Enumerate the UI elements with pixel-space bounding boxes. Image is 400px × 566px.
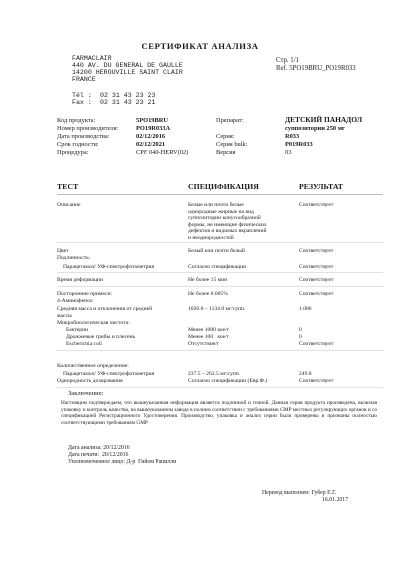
preparation-form: суппозитории 250 мг xyxy=(285,125,345,133)
test-name: Описание xyxy=(57,202,81,209)
document-ref: Ref. 5PO19BRU_PO19R033 xyxy=(276,65,356,73)
test-name: Время деформации xyxy=(57,277,103,284)
fax-number: 02 31 43 23 21 xyxy=(100,99,155,106)
result-value: 0 xyxy=(299,327,302,334)
spec-value: 1026.0 – 1134.0 мг/супп. xyxy=(188,306,246,313)
bulk-series-value: P019R033 xyxy=(285,141,313,149)
series-label: Серия: xyxy=(216,133,235,141)
result-value: Соответствует xyxy=(299,341,333,348)
test-name: Посторонние примеси: xyxy=(57,291,112,298)
test-name: Парацетамол/ УФ-спектрофотометрия xyxy=(63,264,154,271)
version-label: Версия xyxy=(216,149,236,157)
test-name: Цвет xyxy=(57,248,69,255)
authorized-person: Уполномоченное лицо: Д-р Гийом Рапилли xyxy=(68,459,176,466)
spec-value: 237.5 – 262.5 мг/супп. xyxy=(188,371,240,378)
preparation-label: Препарат: xyxy=(216,117,243,125)
row-divider xyxy=(57,387,383,388)
preparation-name: ДЕТСКИЙ ПАНАДОЛ xyxy=(285,116,362,124)
analysis-date: Дата анализа: 20/12/2016 xyxy=(68,445,130,452)
document-title: СЕРТИФИКАТ АНАЛИЗА xyxy=(0,41,400,51)
translator: Перевод выполнен: Губер Е.Г. xyxy=(262,490,336,497)
result-value: 1.086 xyxy=(299,306,312,313)
test-group-label: Подлинность: xyxy=(57,255,90,262)
spec-value: Отсутствие/г xyxy=(188,341,219,348)
row-divider xyxy=(57,350,383,351)
series-value: R033 xyxy=(285,133,299,141)
header-result: РЕЗУЛЬТАТ xyxy=(299,182,343,191)
manufacturer-number-label: Номер производителя: xyxy=(57,125,118,133)
row-divider xyxy=(57,286,383,287)
company-country: FRANCE xyxy=(72,76,96,83)
expiry-date-label: Срок годности: xyxy=(57,141,99,149)
test-name: Средняя масса и отклонения от средней xyxy=(57,306,152,313)
production-date-value: 02/12/2016 xyxy=(136,133,165,141)
test-group-label: Микробиологическая чистота: xyxy=(57,320,130,327)
spec-value: Не более 15 мин xyxy=(188,277,227,284)
print-date: Дата печати: 20/12/2016 xyxy=(68,452,128,459)
spec-value: Менее 1000 кое/г xyxy=(188,327,229,334)
test-group-label: Количественное определение: xyxy=(57,363,129,370)
test-name: Бактерии xyxy=(66,327,88,334)
expiry-date-value: 02/12/2021 xyxy=(136,141,165,149)
spec-value: Белый или почти белый xyxy=(188,248,245,255)
spec-value: Согласно спецификации (Евр.Ф.) xyxy=(188,378,267,385)
test-name: Дрожжевые грибы и плесень xyxy=(66,334,135,341)
result-value: Соответствует xyxy=(299,202,333,209)
spec-value: суппозитории конусообразной xyxy=(188,215,261,222)
test-name: Однородность дозирования xyxy=(57,378,123,385)
spec-value: Согласно спецификации xyxy=(188,264,246,271)
test-name: Escherichia coli xyxy=(66,341,102,348)
fax-label: Fax : xyxy=(72,99,92,106)
spec-value: Не более 0.005% xyxy=(188,291,228,298)
test-name: Парацетамол/ УФ-спектрофотометрия xyxy=(63,371,154,378)
procedure-label: Процедура: xyxy=(57,149,88,157)
conclusion-heading: Заключение: xyxy=(68,390,103,397)
result-value: Соответствует xyxy=(299,248,333,255)
result-value: Соответствует xyxy=(299,291,333,298)
spec-value: дефектов и видимых вкраплений xyxy=(188,228,267,235)
spec-value: Белые или почти белые xyxy=(188,202,244,209)
result-value: 249.8 xyxy=(299,371,312,378)
header-divider xyxy=(57,194,383,195)
production-date-label: Дата производства: xyxy=(57,133,110,141)
result-value: Соответствует xyxy=(299,277,333,284)
version-value: 03 xyxy=(285,149,291,157)
spec-value: и неоднородностей xyxy=(188,235,234,242)
result-value: 0 xyxy=(299,334,302,341)
product-code-label: Код продукта: xyxy=(57,117,95,125)
manufacturer-number-value: PO19R033A xyxy=(136,125,170,133)
result-value: Соответствует xyxy=(299,378,333,385)
procedure-value: CPF 040-HERV(02) xyxy=(136,149,188,157)
result-value: Соответствует xyxy=(299,264,333,271)
header-test: ТЕСТ xyxy=(57,182,78,191)
conclusion-text: Настоящим подтверждаем, что вышеуказанна… xyxy=(61,400,377,426)
product-code-value: 5PO19BRU xyxy=(136,117,168,125)
row-divider xyxy=(57,242,383,243)
spec-value: Менее 100 кое/г xyxy=(188,334,229,341)
row-divider xyxy=(57,272,383,273)
bulk-series-label: Серия bulk: xyxy=(216,141,247,149)
header-specification: СПЕЦИФИКАЦИЯ xyxy=(188,182,259,191)
translation-date: 16.01.2017 xyxy=(322,497,348,504)
test-sub-label: 4-Аминофенол xyxy=(57,298,93,305)
page-number: Стр. 1/1 xyxy=(276,57,299,65)
test-name-cont: массы xyxy=(57,313,72,320)
